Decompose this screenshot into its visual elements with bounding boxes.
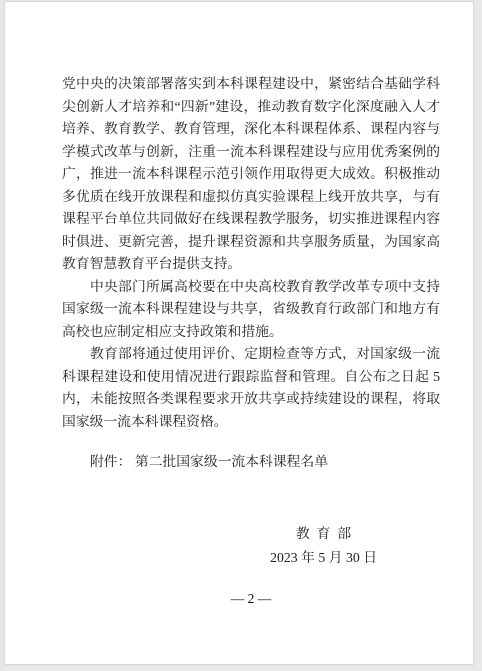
body-line: 教育部将通过使用评价、定期检查等方式，对国家级一流本 <box>62 343 440 366</box>
attachment-line: 附件： 第二批国家级一流本科课程名单 <box>62 451 440 474</box>
body-line: 高校也应制定相应支持政策和措施。 <box>62 321 440 344</box>
signature-block: 教 育 部 2023 年 5 月 30 日 <box>270 522 377 570</box>
body-line: 中央部门所属高校要在中央高校教育教学改革专项中支持 <box>62 276 440 299</box>
signature-date: 2023 年 5 月 30 日 <box>270 546 377 570</box>
page-number: — 2 — <box>62 588 440 610</box>
body-line: 多优质在线开放课程和虚拟仿真实验课程上线开放共享，与有关 <box>62 186 440 209</box>
body-line: 课程平台单位共同做好在线课程教学服务，切实推进课程内容与 <box>62 208 440 231</box>
body-line: 尖创新人才培养和“四新”建设，推动教育数字化深度融入人才 <box>62 96 440 119</box>
document-viewer-background: 党中央的决策部署落实到本科课程建设中，紧密结合基础学科拔 尖创新人才培养和“四新… <box>0 0 482 671</box>
body-line: 教育智慧教育平台提供支持。 <box>62 253 440 276</box>
body-line: 时俱进、更新完善，提升课程资源和共享服务质量，为国家高等 <box>62 231 440 254</box>
signer-name: 教 育 部 <box>270 522 377 546</box>
body-line: 学模式改革与创新，注重一流本科课程建设与应用优秀案例的推 <box>62 141 440 164</box>
body-line: 国家级一流本科课程资格。 <box>62 411 440 434</box>
document-page: 党中央的决策部署落实到本科课程建设中，紧密结合基础学科拔 尖创新人才培养和“四新… <box>4 1 474 665</box>
body-line: 培养、教育教学、教育管理，深化本科课程体系、课程内容与教 <box>62 118 440 141</box>
body-line: 广，推进一流本科课程示范引领作用取得更大成效。积极推动更 <box>62 163 440 186</box>
body-line: 国家级一流本科课程建设与共享，省级教育行政部门和地方有关 <box>62 298 440 321</box>
document-body: 党中央的决策部署落实到本科课程建设中，紧密结合基础学科拔 尖创新人才培养和“四新… <box>62 73 440 474</box>
body-line: 党中央的决策部署落实到本科课程建设中，紧密结合基础学科拔 <box>62 73 440 96</box>
body-line: 内，未能按照各类课程要求开放共享或持续建设的课程，将取消 <box>62 388 440 411</box>
body-line: 科课程建设和使用情况进行跟踪监督和管理。自公布之日起 5 年 <box>62 366 440 389</box>
